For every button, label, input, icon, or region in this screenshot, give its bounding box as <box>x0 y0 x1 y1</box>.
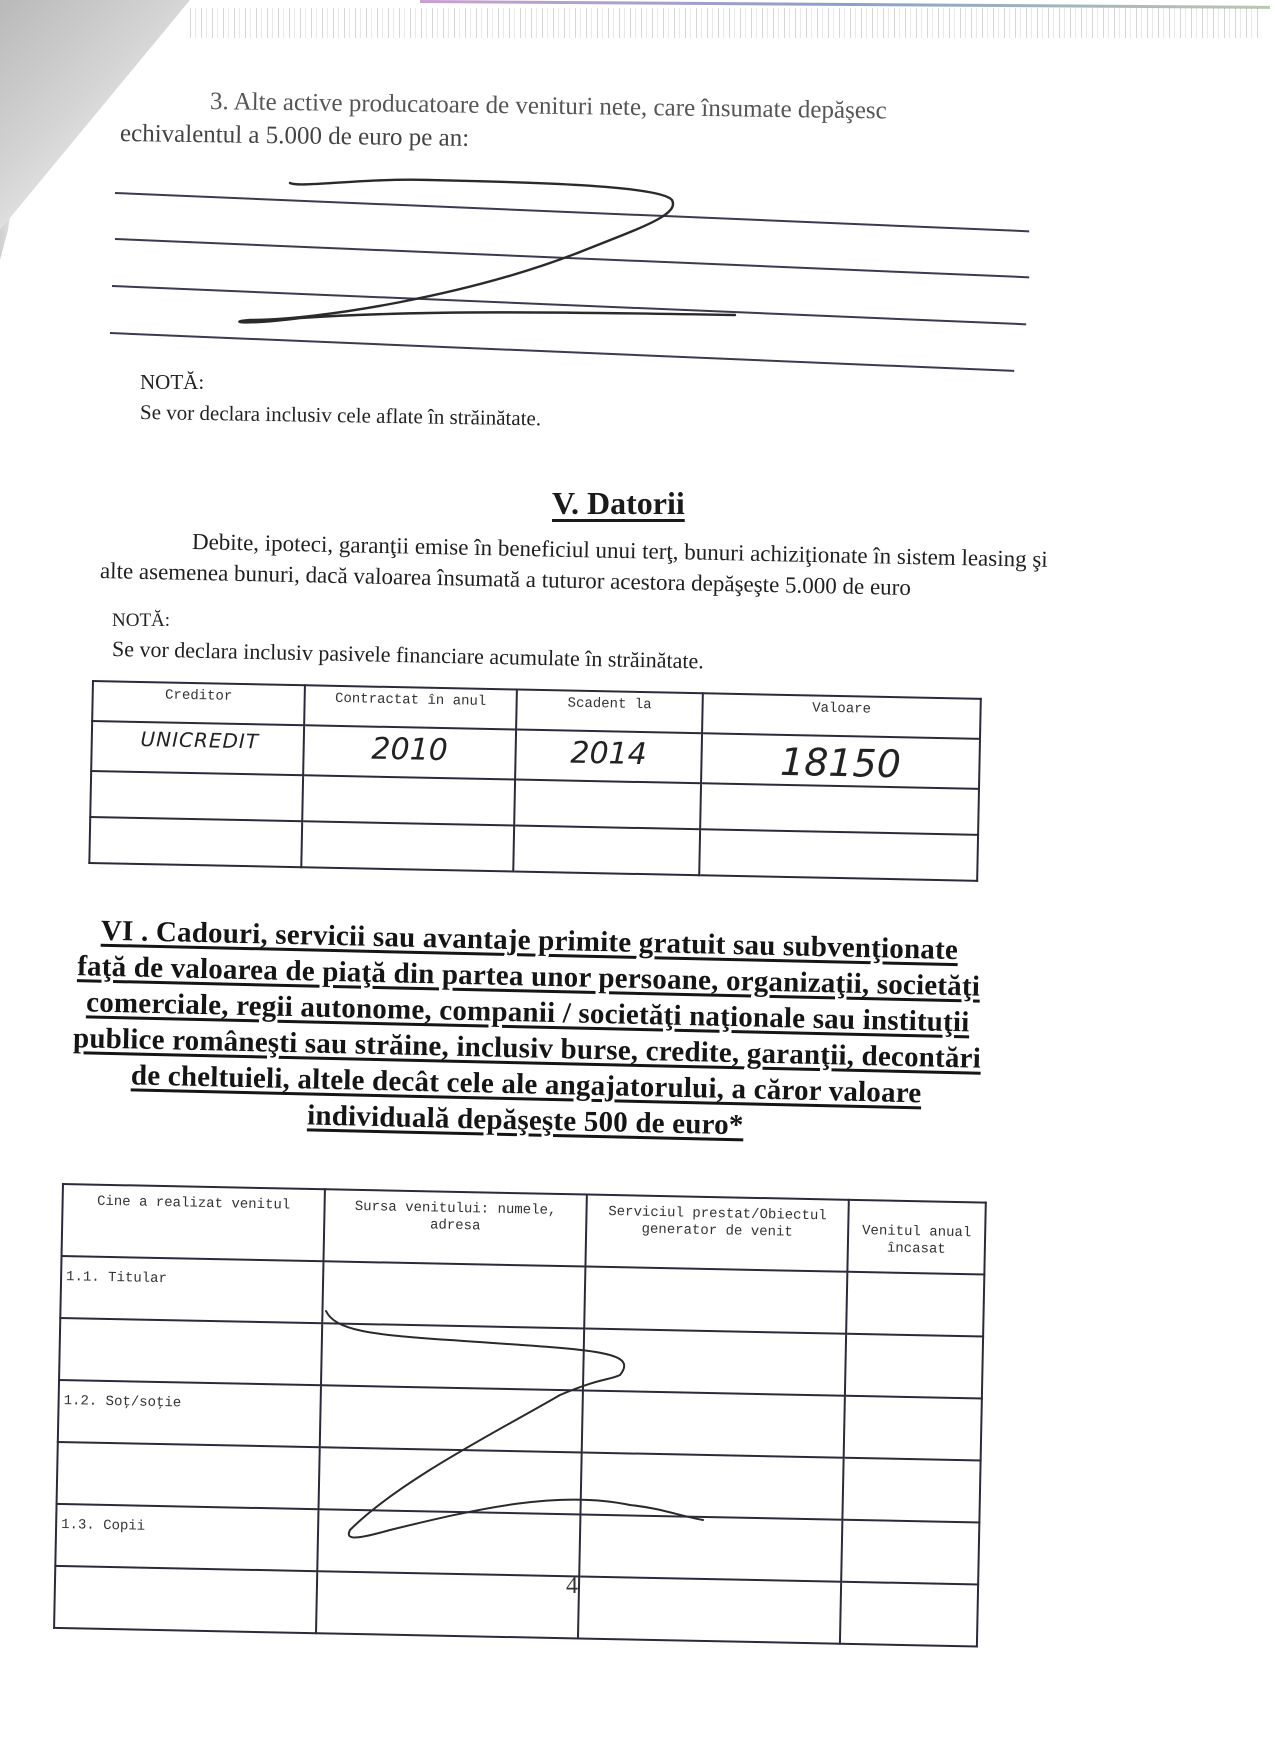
cell-scadent: 2014 <box>515 730 702 784</box>
blank-line-2 <box>115 238 1029 278</box>
page-number: 4 <box>566 1573 578 1600</box>
section-v-nota-label: NOTĂ: <box>112 610 170 632</box>
cell-serviciul <box>578 1576 841 1643</box>
nota-label-1: NOTĂ: <box>140 370 204 395</box>
nota-text-1: Se vor declara inclusiv cele aflate în s… <box>140 400 541 431</box>
header-sursa: Sursa venitului: numele, adresa <box>323 1189 586 1266</box>
section-v-title: V. Datorii <box>552 485 685 522</box>
cell-valoare: 18150 <box>701 733 980 789</box>
cell-serviciul <box>580 1452 843 1519</box>
cell-sursa <box>322 1261 585 1328</box>
cell-cine <box>54 1566 317 1633</box>
cell-venitul <box>840 1582 978 1647</box>
cell-cine <box>59 1318 322 1385</box>
cell-cine: 1.1. Titular <box>60 1256 323 1323</box>
blank-line-3 <box>112 285 1026 325</box>
cell-creditor: UNICREDIT <box>91 721 304 775</box>
header-contractat: Contractat în anul <box>304 685 517 729</box>
cell-serviciul <box>582 1390 845 1457</box>
section-v-nota-text: Se vor declara inclusiv pasivele financi… <box>112 636 704 674</box>
header-scadent: Scadent la <box>516 690 703 734</box>
cell-contractat <box>302 775 515 825</box>
cell-sursa <box>319 1447 582 1514</box>
blank-line-1 <box>115 192 1029 232</box>
intro-line-2: echivalentul a 5.000 de euro pe an: <box>120 120 470 153</box>
cell-serviciul <box>583 1329 846 1396</box>
cell-venitul <box>845 1334 983 1399</box>
cell-venitul <box>844 1396 982 1461</box>
cell-cine <box>57 1442 320 1509</box>
cell-contractat: 2010 <box>303 725 516 779</box>
section-vi-title: VI . Cadouri, servicii sau avantaje prim… <box>65 912 990 1149</box>
cell-sursa <box>321 1323 584 1390</box>
cell-cine: 1.2. Soţ/soţie <box>58 1380 321 1447</box>
cell-sursa <box>316 1571 579 1638</box>
header-creditor: Creditor <box>92 681 305 725</box>
debts-table: Creditor Contractat în anul Scadent la V… <box>88 680 982 882</box>
cell-creditor <box>90 771 303 821</box>
cell-contractat <box>301 821 514 871</box>
cell-cine: 1.3. Copii <box>55 1504 318 1571</box>
cell-valoare <box>700 783 979 835</box>
gifts-income-table: Cine a realizat venitul Sursa venitului:… <box>53 1183 987 1647</box>
blank-line-4 <box>110 332 1014 371</box>
cell-sursa <box>317 1509 580 1576</box>
cell-scadent <box>513 826 700 876</box>
scan-noise-strip <box>190 8 1260 38</box>
header-valoare: Valoare <box>702 693 981 739</box>
cell-venitul <box>842 1458 980 1523</box>
intro-line-1: 3. Alte active producatoare de venituri … <box>210 88 887 125</box>
cell-serviciul <box>584 1267 847 1334</box>
cell-scadent <box>514 780 701 830</box>
cell-venitul <box>846 1272 984 1337</box>
header-venitul: Venitul anual încasat <box>847 1200 985 1275</box>
cell-sursa <box>320 1385 583 1452</box>
cell-creditor <box>89 817 302 867</box>
cell-serviciul <box>579 1514 842 1581</box>
cell-venitul <box>841 1520 979 1585</box>
header-cine: Cine a realizat venitul <box>62 1184 325 1261</box>
header-serviciul: Serviciul prestat/Obiectul generator de … <box>585 1195 848 1272</box>
cell-valoare <box>699 829 978 881</box>
scan-page-edge <box>0 0 40 1755</box>
